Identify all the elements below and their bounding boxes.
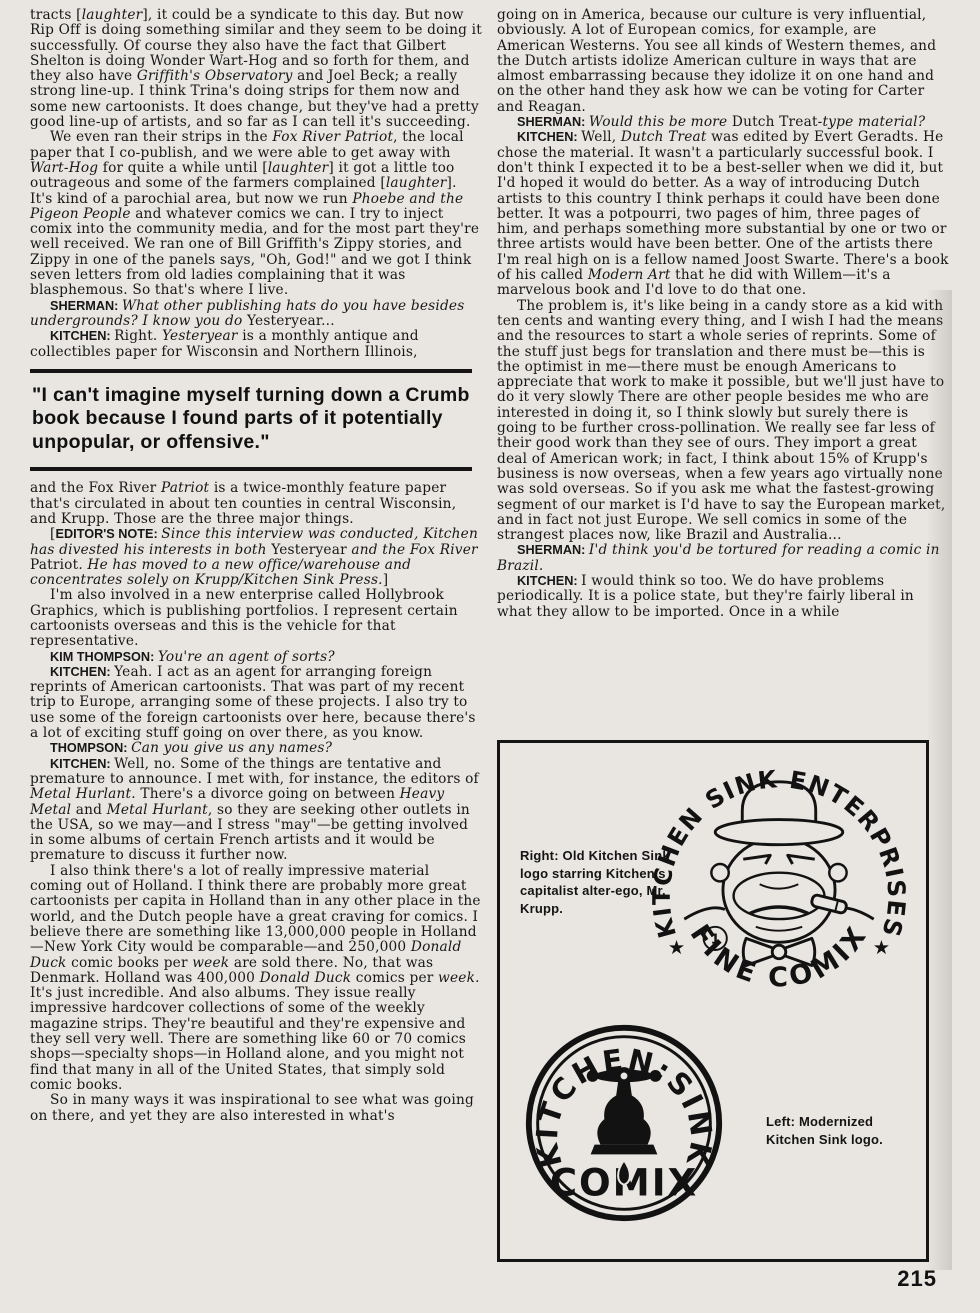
paragraph: KIM THOMPSON: You're an agent of sorts?	[30, 650, 482, 665]
text-run: Donald Duck	[260, 970, 352, 986]
kitchen-sink-comix-logo: KITCHEN:SINK COMIX	[520, 1019, 728, 1227]
shoulder-line-left	[684, 908, 725, 919]
paragraph: We even ran their strips in the Fox Rive…	[30, 130, 482, 298]
star-icon: ★	[873, 936, 890, 959]
paragraph: The problem is, it's like being in a can…	[497, 299, 949, 544]
text-run: The problem is, it's like being in a can…	[497, 298, 945, 543]
speaker-label: SHERMAN:	[50, 299, 122, 313]
text-run: Wart-Hog	[30, 160, 98, 176]
right-column-text: going on in America, because our culture…	[497, 8, 949, 620]
paragraph: SHERMAN: Would this be more Dutch Treat-…	[497, 115, 949, 130]
paragraph: KITCHEN: I would think so too. We do hav…	[497, 574, 949, 620]
text-run: Right.	[114, 328, 162, 344]
paragraph: So in many ways it was inspirational to …	[30, 1093, 482, 1124]
text-run: Modern Art	[588, 267, 671, 283]
speaker-label: THOMPSON:	[50, 741, 131, 755]
paragraph: THOMPSON: Can you give us any names?	[30, 741, 482, 756]
ear-right	[829, 864, 846, 881]
text-run: and the Fox River	[347, 542, 478, 558]
text-run: comic books per	[67, 955, 193, 971]
text-run: Can you give us any names?	[131, 740, 332, 756]
text-run: Well,	[581, 129, 621, 145]
muzzle	[734, 873, 825, 919]
text-run: . It's just incredible. And also albums.…	[30, 970, 480, 1093]
left-column-bottom-text: and the Fox River Patriot is a twice-mon…	[30, 481, 482, 1123]
left-column: tracts [laughter], it could be a syndica…	[30, 8, 482, 1124]
text-run: comics per	[351, 970, 438, 986]
text-run: Would this be more	[589, 114, 732, 130]
text-run: laughter	[82, 7, 143, 23]
text-run: for quite a while until [	[98, 160, 267, 176]
text-run: . He has moved to a new office/warehouse…	[30, 557, 411, 588]
paragraph: SHERMAN: I'd think you'd be tortured for…	[497, 543, 949, 574]
text-run: going on in America, because our culture…	[497, 7, 936, 115]
paragraph: [EDITOR'S NOTE: Since this interview was…	[30, 527, 482, 588]
text-run: and	[71, 802, 106, 818]
left-column-top-text: tracts [laughter], it could be a syndica…	[30, 8, 482, 360]
paragraph: KITCHEN: Right. Yesteryear is a monthly …	[30, 329, 482, 360]
paragraph: SHERMAN: What other publishing hats do y…	[30, 299, 482, 330]
text-run: Fox River Patriot	[272, 129, 393, 145]
paragraph: I'm also involved in a new enterprise ca…	[30, 588, 482, 649]
logo-panel: Right: Old Kitchen Sink logo starring Ki…	[497, 740, 929, 1262]
text-run: We even ran their strips in the	[50, 129, 272, 145]
text-run: and the Fox River	[30, 480, 161, 496]
speaker-label: SHERMAN:	[517, 543, 589, 557]
text-run: Patriot	[161, 480, 209, 496]
speaker-label: KIM THOMPSON:	[50, 650, 158, 664]
text-run: Yesteryear...	[247, 313, 335, 329]
text-run: week	[192, 955, 229, 971]
text-run: week	[438, 970, 475, 986]
speaker-label: KITCHEN:	[50, 665, 114, 679]
text-run: Metal Hurlant	[107, 802, 208, 818]
text-run: Yesteryear	[162, 328, 238, 344]
speaker-label: EDITOR'S NOTE:	[56, 527, 162, 541]
text-run: Griffith's Observatory	[137, 68, 293, 84]
paragraph: tracts [laughter], it could be a syndica…	[30, 8, 482, 130]
speaker-label: KITCHEN:	[517, 130, 581, 144]
text-run: Dutch Treat	[732, 114, 818, 130]
text-run: I'm also involved in a new enterprise ca…	[30, 587, 458, 649]
pull-quote-text: "I can't imagine myself turning down a C…	[32, 384, 470, 453]
text-run: Metal Hurlant	[30, 786, 131, 802]
text-run: You're an agent of sorts?	[158, 649, 335, 665]
speaker-label: SHERMAN:	[517, 115, 589, 129]
ear-left	[711, 864, 728, 881]
text-run: laughter	[268, 160, 329, 176]
text-run: tracts [	[30, 7, 82, 23]
paragraph: KITCHEN: Well, Dutch Treat was edited by…	[497, 130, 949, 298]
magazine-page: { "page": { "number": "215" }, "colors":…	[0, 0, 980, 1313]
speaker-label: KITCHEN:	[517, 574, 581, 588]
paragraph: I also think there's a lot of really imp…	[30, 864, 482, 1093]
text-run: . There's a divorce going on between	[131, 786, 399, 802]
paragraph: KITCHEN: Well, no. Some of the things ar…	[30, 757, 482, 864]
speaker-label: KITCHEN:	[50, 329, 114, 343]
paragraph: and the Fox River Patriot is a twice-mon…	[30, 481, 482, 527]
star-icon: ★	[668, 936, 685, 959]
right-column: going on in America, because our culture…	[497, 8, 949, 620]
text-run: laughter	[386, 175, 447, 191]
kitchen-sink-enterprises-logo: 1 KITCHEN SINK ENTERPRISES FINE COMIX ★ …	[634, 749, 924, 1008]
text-run: Yesteryear	[271, 542, 347, 558]
paragraph: KITCHEN: Yeah. I act as an agent for arr…	[30, 665, 482, 741]
text-run: -type material?	[818, 114, 926, 130]
modern-logo-caption: Left: Modernized Kitchen Sink logo.	[766, 1113, 921, 1148]
text-run: Dutch Treat	[621, 129, 707, 145]
text-run: was edited by Evert Geradts. He chose th…	[497, 129, 949, 283]
pull-quote: "I can't imagine myself turning down a C…	[30, 369, 472, 472]
speaker-label: KITCHEN:	[50, 757, 114, 771]
page-number: 215	[897, 1266, 937, 1292]
paragraph: going on in America, because our culture…	[497, 8, 949, 115]
text-run: Patriot	[30, 557, 78, 573]
text-run: ]	[383, 572, 389, 588]
text-run: So in many ways it was inspirational to …	[30, 1092, 474, 1123]
krupp-face	[711, 782, 847, 966]
